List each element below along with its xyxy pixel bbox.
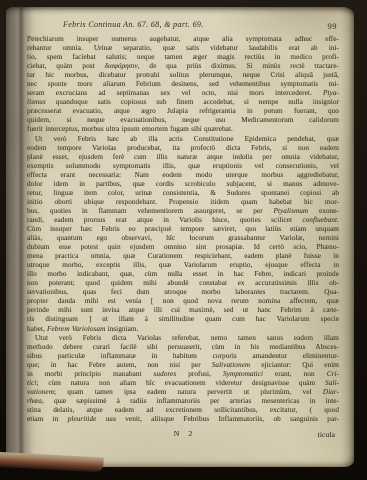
text-line: perinde mihi sunt invisa atque illi cui …: [27, 306, 339, 315]
text-line: initio oborti ubique respondebant. Prope…: [27, 198, 339, 207]
text-run: planè esset, ejusdem ferè cum illis natu…: [27, 153, 339, 161]
text-run: exone-: [308, 207, 339, 215]
text-line: Petechiarum insuper numerus augebatur, a…: [27, 35, 339, 44]
text-line: Cùm insuper hæc Febris eo præcipuè tempo…: [27, 225, 339, 234]
italic-run: Ptyalismum: [273, 207, 308, 215]
text-run: effecta erant necessaria: Nam eodem modo…: [27, 171, 339, 179]
text-line: tur hic morbus, dicebatur protrahi solit…: [27, 71, 339, 80]
text-line: quidem, si neque evacuationibus, neque u…: [27, 116, 339, 125]
text-line: sibus particulæ inflammatæ in habitum co…: [27, 352, 339, 361]
text-line: nec sponte more aliarum Febrium desinens…: [27, 80, 339, 89]
text-line: que; in hac Febre autem, non nisi per Sa…: [27, 361, 339, 370]
text-run: que; in hac Febre autem, non nisi per: [27, 361, 212, 369]
text-run: nec sponte more aliarum Febrium desinens…: [27, 80, 339, 88]
text-line: dolor idem in partibus, quæ cordis scrob…: [27, 180, 339, 189]
text-run: exemptis solummodo symptomatis illis, qu…: [27, 162, 339, 170]
italic-run: Salivationem: [212, 361, 250, 369]
book-page: Febris Continua An. 67. 68, & part. 69. …: [6, 7, 354, 467]
text-run: rebantur omnia. Urinæ separatio, quæ sat…: [27, 44, 339, 52]
text-run: , de qua priùs diximus. Si minùs rectè t…: [138, 62, 339, 70]
italic-run: Febrem Variolosam: [47, 325, 105, 333]
text-run: Utut verò Febris dicta Variolas refereba…: [35, 334, 339, 342]
text-run: illo morbo indicabant, quæ, cùm nulla es…: [27, 270, 339, 278]
body-text: Petechiarum insuper numerus augebatur, a…: [27, 35, 339, 424]
text-line: non poterant; quod quidem mihi abundè co…: [27, 279, 339, 288]
text-run: perinde mihi sunt invisa atque illi cui …: [27, 306, 339, 314]
italic-run: pleuritide: [68, 415, 97, 423]
text-line: planè esset, ejusdem ferè cum illis natu…: [27, 153, 339, 162]
text-line: in morbi principio manabant sudores prof…: [27, 370, 339, 379]
text-run: tio, spem faciebat salutis; neque tamen …: [27, 53, 339, 61]
text-line: ris distinguam ] ut illam à similitudine…: [27, 315, 339, 324]
text-run: fuerit interceptus, morbus ultra ipsum e…: [27, 125, 233, 133]
italic-run: Ptya-: [323, 89, 339, 97]
text-run: dubium esse potest quin ejusdem omnino s…: [27, 243, 339, 251]
text-run: ris distinguam ] ut illam à similitudine…: [27, 315, 339, 323]
text-run: , quæ sæpissimè à radiis inflammatoriis …: [42, 397, 339, 405]
italic-run: rhœa: [27, 397, 42, 405]
page-header: Febris Continua An. 67. 68, & part. 69. …: [27, 20, 339, 34]
text-run: retur, linguæ item color, urinæ consiste…: [27, 189, 339, 197]
italic-run: Sali-: [325, 379, 339, 387]
text-line: lismus quandoque satis copiosus sub fine…: [27, 98, 339, 107]
italic-run: Symptomatici: [223, 370, 263, 378]
text-line: etiam in pleuritide usu venit, aliisque …: [27, 415, 339, 424]
text-area: Febris Continua An. 67. 68, & part. 69. …: [27, 20, 339, 34]
running-title: Febris Continua An. 67. 68, & part. 69.: [63, 20, 204, 29]
text-run: non poterant; quod quidem mihi abundè co…: [27, 279, 339, 287]
text-run: ; cùm natura non aliam hîc evacuationem …: [36, 379, 325, 387]
text-line: fuerit interceptus, morbus ultra ipsum e…: [27, 125, 339, 134]
text-run: Cùm insuper hæc Febris eo præcipuè tempo…: [27, 225, 339, 233]
text-run: profusi,: [176, 370, 223, 378]
text-line: exemptis solummodo symptomatis illis, qu…: [27, 162, 339, 171]
signature-line: N 2 ticula: [27, 429, 339, 440]
page-number: 99: [328, 21, 338, 31]
text-line: mena practica omnia, quæ Curationem resp…: [27, 252, 339, 261]
text-run: seram excrucians ad septimanas sex vel o…: [27, 89, 323, 97]
text-line: rhœa, quæ sæpissimè à radiis inflammator…: [27, 397, 339, 406]
text-line: servationibus, quas feci dum utroque mor…: [27, 288, 339, 297]
text-line: randi, eadem prorsus erat atque in Vario…: [27, 216, 339, 225]
text-line: bus, quoties in flammam vehementiorem as…: [27, 207, 339, 216]
text-line: propter danda mihi est venia [ non quod …: [27, 297, 339, 306]
text-line: Ut verò Febris hæc ab illa acris Constit…: [27, 135, 339, 144]
text-run: ciebat, quàm post: [27, 62, 105, 70]
text-line: habet, Febrem Variolosam insigniam.: [27, 325, 339, 334]
text-line: illo morbo indicabant, quæ, cùm nulla es…: [27, 270, 339, 279]
text-line: ciebat, quàm post διαφόρησιν, de qua pri…: [27, 62, 339, 71]
text-run: quidem, si neque evacuationibus, neque u…: [27, 116, 339, 124]
italic-run: Cri-: [327, 370, 339, 378]
text-run: Ut verò Febris hæc ab illa acris Constit…: [35, 135, 339, 143]
text-line: effecta erant necessaria: Nam eodem modo…: [27, 171, 339, 180]
catchword: ticula: [318, 430, 335, 439]
text-run: erant, non: [263, 370, 327, 378]
italic-run: sudores: [154, 370, 177, 378]
italic-run: confluebant.: [302, 216, 339, 224]
text-run: præcesserat evacuatio, atque ægro Julapi…: [27, 107, 339, 115]
text-line: vationem; quam tamen ipsa eadem natura p…: [27, 388, 339, 397]
text-line: dubium esse potest quin ejusdem omnino s…: [27, 243, 339, 252]
text-run: dolor idem in partibus, quæ cordis scrob…: [27, 180, 339, 188]
signature-mark: N 2: [174, 429, 192, 438]
text-run: tur hic morbus, dicebatur protrahi solit…: [27, 71, 339, 79]
text-line: eodem tempore Variolas producebat, ita p…: [27, 144, 339, 153]
text-line: tio, spem faciebat salutis; neque tamen …: [27, 53, 339, 62]
text-run: ejiciantur: Qui enim: [250, 361, 339, 369]
text-line: præcesserat evacuatio, atque ægro Julapi…: [27, 107, 339, 116]
book-scan: Febris Continua An. 67. 68, & part. 69. …: [0, 0, 367, 480]
italic-run: Diar-: [323, 388, 339, 396]
text-line: seram excrucians ad septimanas sex vel o…: [27, 89, 339, 98]
text-run: etiam in: [27, 415, 68, 423]
text-run: servationibus, quas feci dum utroque mor…: [27, 288, 339, 296]
text-run: aliàs, quantum ego observavi, hîc locoru…: [27, 234, 339, 242]
italic-run: vationem: [27, 388, 54, 396]
text-run: randi, eadem prorsus erat atque in Vario…: [27, 216, 302, 224]
text-run: utroque morbo, exceptis illis, quæ Vario…: [27, 261, 339, 269]
text-line: utroque morbo, exceptis illis, quæ Vario…: [27, 261, 339, 270]
text-run: in morbi principio manabant: [27, 370, 154, 378]
text-line: aliàs, quantum ego observavi, hîc locoru…: [27, 234, 339, 243]
text-line: Utut verò Febris dicta Variolas refereba…: [27, 334, 339, 343]
text-run: usu venit, aliisque Febribus Inflammator…: [96, 415, 339, 423]
text-line: retur, linguæ item color, urinæ consiste…: [27, 189, 339, 198]
text-run: sibus particulæ inflammatæ in habitum co…: [27, 352, 339, 360]
text-line: stina delatis, atque eadem ad excretione…: [27, 406, 339, 415]
text-run: Petechiarum insuper numerus augebatur, a…: [27, 35, 339, 43]
text-run: propter danda mihi est venia [ non quod …: [27, 297, 339, 305]
text-run: insigniam.: [105, 325, 138, 333]
italic-run: lismus: [27, 98, 46, 106]
text-line: tici; cùm natura non aliam hîc evacuatio…: [27, 379, 339, 388]
text-run: mena practica omnia, quæ Curationem resp…: [27, 252, 339, 260]
text-line: rebantur omnia. Urinæ separatio, quæ sat…: [27, 44, 339, 53]
text-line: methodo debere curari facilè sibi persua…: [27, 343, 339, 352]
text-run: ; quam tamen ipsa eadem natura pervertit…: [54, 388, 323, 396]
text-run: initio oborti ubique respondebant. Prope…: [27, 198, 339, 206]
italic-run: διαφόρησιν: [105, 62, 138, 70]
text-run: habet,: [27, 325, 47, 333]
text-run: quandoque satis copiosus sub finem acced…: [46, 98, 339, 106]
text-run: methodo debere curari facilè sibi persua…: [27, 343, 339, 351]
text-run: stina delatis, atque eadem ad excretione…: [27, 406, 339, 414]
text-run: eodem tempore Variolas producebat, ita p…: [27, 144, 339, 152]
text-run: bus, quoties in flammam vehementiorem as…: [27, 207, 273, 215]
